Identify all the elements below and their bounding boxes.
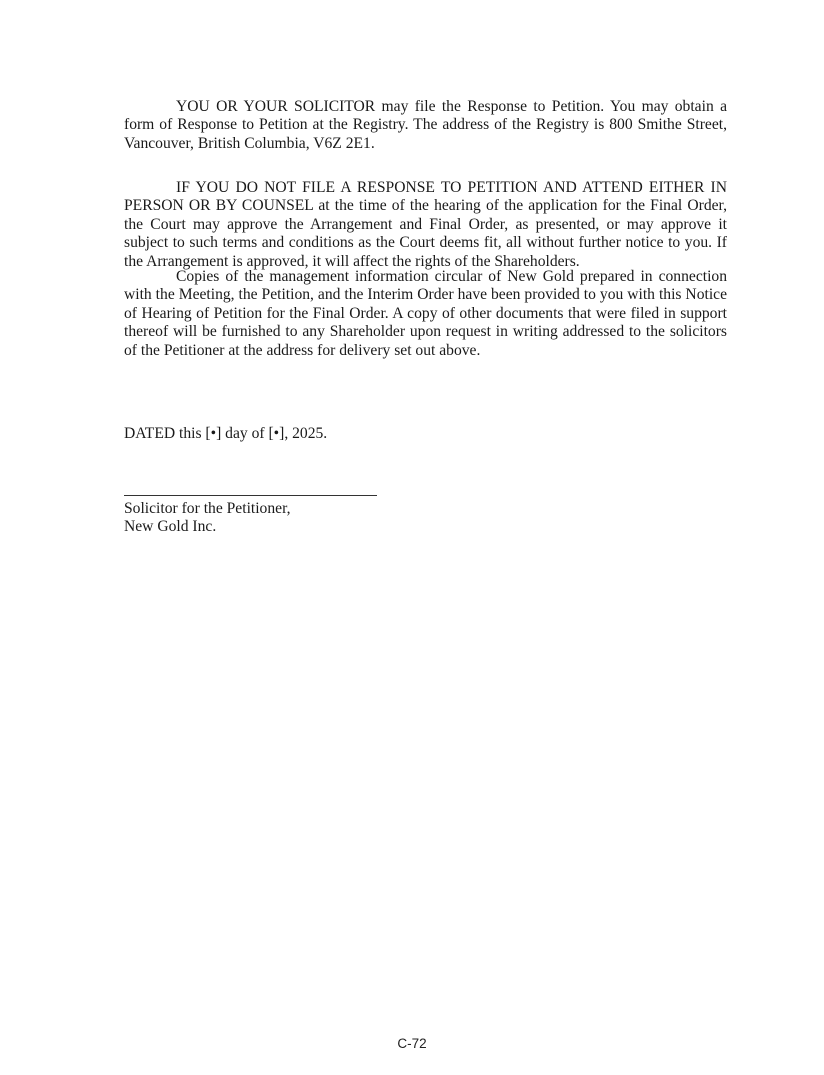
paragraph-copies-of-documents: Copies of the management information cir… — [124, 268, 727, 360]
paragraph-failure-to-respond: IF YOU DO NOT FILE A RESPONSE TO PETITIO… — [124, 179, 727, 271]
dated-line: DATED this [•] day of [•], 2025. — [124, 425, 327, 443]
signature-company: New Gold Inc. — [124, 518, 291, 536]
document-page: YOU OR YOUR SOLICITOR may file the Respo… — [0, 0, 824, 1075]
signature-title: Solicitor for the Petitioner, — [124, 500, 291, 518]
paragraph-response-to-petition: YOU OR YOUR SOLICITOR may file the Respo… — [124, 98, 727, 153]
signature-block: Solicitor for the Petitioner, New Gold I… — [124, 500, 291, 537]
page-number: C-72 — [0, 1036, 824, 1051]
signature-line — [124, 495, 377, 496]
